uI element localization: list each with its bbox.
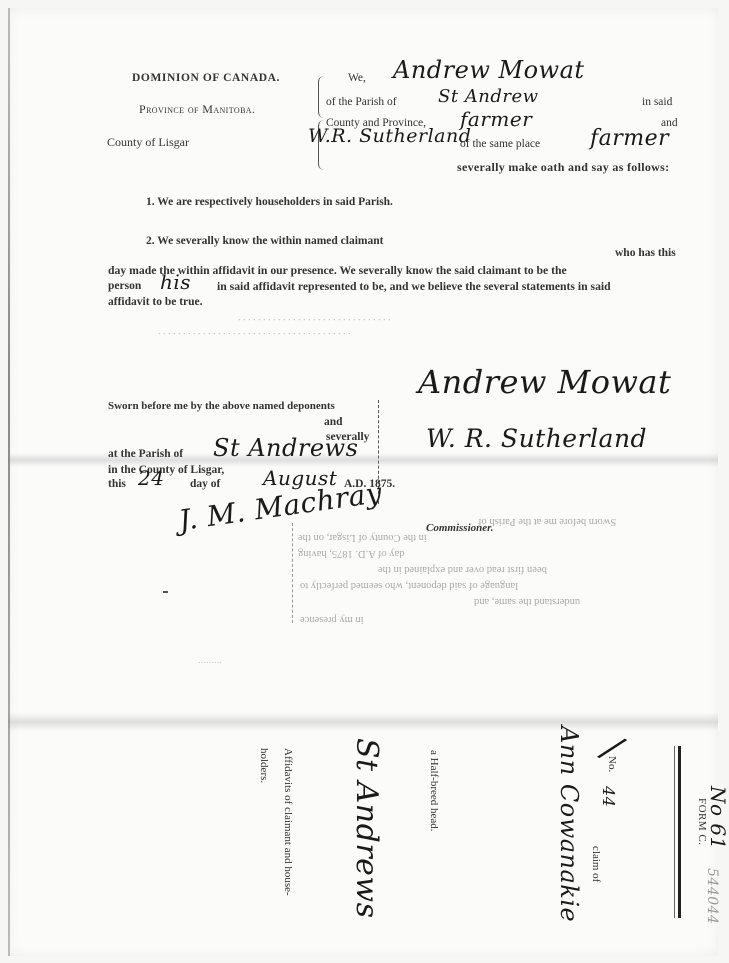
- claim-of-label: claim of: [590, 846, 602, 882]
- statement-2-line3: in said affidavit represented to be, and…: [217, 280, 611, 293]
- deponent1-name: Andrew Mowat: [393, 56, 585, 84]
- bleed-divider: [292, 523, 293, 623]
- archive-number: 544044: [704, 868, 720, 924]
- signature-deponent2: W. R. Sutherland: [426, 424, 647, 453]
- smudge: ………: [198, 656, 222, 665]
- day-value: 24: [138, 466, 164, 490]
- docket-no-label: No.: [606, 756, 618, 772]
- docket-rule: [678, 746, 681, 918]
- claimant-name: Ann Cowanakie: [555, 726, 583, 922]
- bleed-line: been first read over and explained in th…: [378, 564, 547, 575]
- bleed-line: Sworn before me at the Parish of: [478, 516, 616, 527]
- brace-decoration: [318, 76, 325, 118]
- halfbreed-label: a Half-breed head.: [428, 750, 440, 832]
- bleed-through-text: . . . . . . . . . . . . . . . . . . . . …: [158, 330, 351, 341]
- bleed-line: in the County of Lisgar, on the: [298, 532, 427, 543]
- person-value: his: [160, 270, 191, 294]
- bleed-line: day of A.D. 1875, having: [298, 548, 404, 559]
- bleed-through-text: . . . . . . . . . . . . . . . . . . . . …: [238, 316, 391, 327]
- oath-text: severally make oath and say as follows:: [457, 160, 669, 175]
- day-of-label: day of: [190, 478, 220, 490]
- docket-rule: [674, 746, 675, 918]
- dominion-heading: DOMINION OF CANADA.: [132, 72, 280, 84]
- form-number: No 61: [706, 786, 729, 850]
- person-label: person: [108, 280, 141, 292]
- in-said-label: in said: [642, 96, 672, 108]
- jurat-and: and: [324, 416, 343, 428]
- affidavit-page: DOMINION OF CANADA. Province of Manitoba…: [8, 8, 718, 956]
- sworn-text: Sworn before me by the above named depon…: [108, 400, 335, 412]
- bleed-line: understand the same, and: [474, 596, 580, 607]
- we-label: We,: [348, 72, 366, 84]
- province-heading: Province of Manitoba.: [139, 102, 255, 117]
- docket-title-line1: Affidavits of claimant and house-: [282, 748, 294, 896]
- same-place-label: of the same place: [460, 138, 540, 150]
- statement-2: 2. We severally know the within named cl…: [146, 235, 383, 247]
- paper-fold: [8, 713, 718, 731]
- statement-2-cont: who has this: [615, 247, 676, 259]
- county-heading: County of Lisgar: [107, 135, 189, 150]
- deponent2-name: W.R. Sutherland: [308, 125, 471, 147]
- signature-deponent1: Andrew Mowat: [418, 363, 671, 401]
- speck: [163, 591, 168, 593]
- parish-label: of the Parish of: [326, 96, 397, 108]
- paper-fold: [8, 453, 718, 467]
- docket-parish-signature: St Andrews: [349, 738, 384, 919]
- this-label: this: [108, 478, 126, 490]
- docket-title-line2: holders.: [258, 748, 270, 783]
- bleed-line: in my presence: [300, 614, 364, 625]
- bleed-line: language of said deponent, who seemed pe…: [300, 580, 518, 591]
- statement-2-line4: affidavit to be true.: [108, 296, 203, 308]
- statement-1: 1. We are respectively householders in s…: [146, 196, 393, 208]
- occupation2-value: farmer: [590, 126, 669, 151]
- parish-value: St Andrew: [438, 86, 539, 107]
- docket-no-value: 44: [599, 786, 618, 807]
